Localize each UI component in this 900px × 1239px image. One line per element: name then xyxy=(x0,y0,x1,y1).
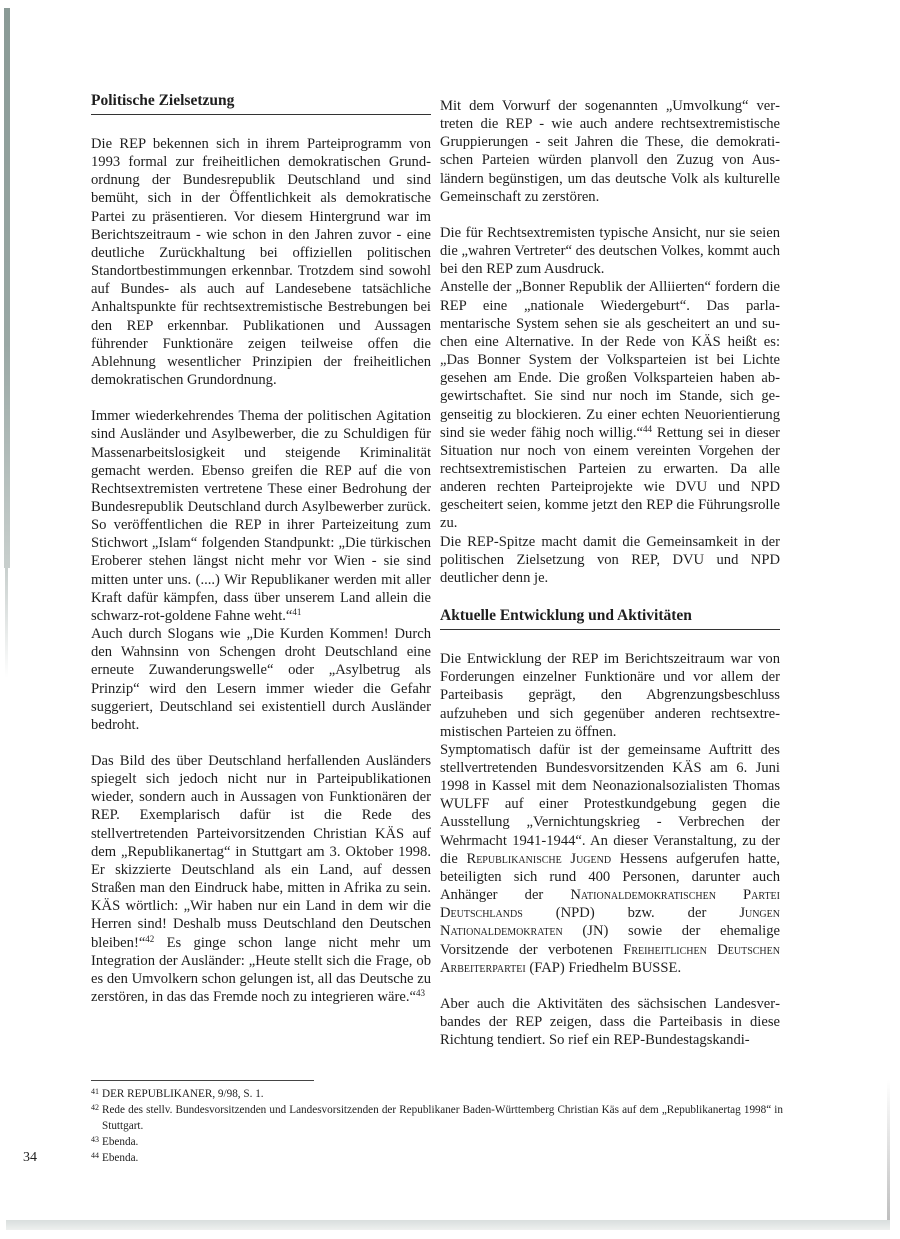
paragraph: Auch durch Slogans wie „Die Kurden Komme… xyxy=(91,625,431,734)
scan-edge-fade xyxy=(5,568,8,678)
paragraph-text: Das Bild des über Deutschland herfallend… xyxy=(91,753,431,951)
footnote-ref[interactable]: 43 xyxy=(416,988,425,998)
footnote-number: 43 xyxy=(91,1132,99,1147)
footnote-item: 43 Ebenda. xyxy=(91,1135,783,1150)
paragraph: Anstelle der „Bonner Republik der Alliie… xyxy=(440,278,780,532)
right-column: Mit dem Vorwurf der sogenannten „Umvolku… xyxy=(440,97,780,1049)
paragraph: Die für Rechtsextremisten typische Ansic… xyxy=(440,224,780,278)
section-heading-politische-zielsetzung: Politische Zielsetzung xyxy=(91,92,431,115)
paragraph: Immer wiederkehrendes Thema der politisc… xyxy=(91,407,431,625)
footnote-item: 42 Rede des stellv. Bundesvorsitzenden u… xyxy=(91,1103,783,1134)
footnote-divider xyxy=(91,1080,314,1081)
footnote-text: DER REPUBLIKANER, 9/98, S. 1. xyxy=(102,1088,264,1100)
paragraph: Symptomatisch dafür ist der gemeinsame A… xyxy=(440,741,780,977)
footnote-text: Ebenda. xyxy=(102,1136,138,1148)
paragraph-text: (FAP) Friedhelm BUSSE. xyxy=(526,960,681,976)
paragraph-gap xyxy=(91,389,431,407)
scan-edge-bar xyxy=(4,8,10,568)
paragraph: Das Bild des über Deutschland herfallend… xyxy=(91,752,431,1006)
paragraph-gap xyxy=(440,206,780,224)
footnote-number: 42 xyxy=(91,1100,99,1115)
scan-bottom-shadow xyxy=(6,1220,890,1230)
paragraph: Die REP bekennen sich in ihrem Parteipro… xyxy=(91,135,431,389)
footnote-ref[interactable]: 42 xyxy=(145,934,154,944)
footnote-number: 44 xyxy=(91,1148,99,1163)
paragraph-text: Symptomatisch dafür ist der gemeinsame A… xyxy=(440,742,780,867)
footnote-ref[interactable]: 41 xyxy=(292,607,301,617)
paragraph-gap xyxy=(91,734,431,752)
paragraph: Mit dem Vorwurf der sogenannten „Umvolku… xyxy=(440,97,780,206)
footnote-item: 41 DER REPUBLIKANER, 9/98, S. 1. xyxy=(91,1087,783,1102)
left-column: Politische Zielsetzung Die REP bekennen … xyxy=(91,92,431,1006)
paragraph-text: (NPD) bzw. der xyxy=(523,905,740,921)
org-name: Republikanische Jugend xyxy=(466,851,611,867)
paragraph-gap xyxy=(440,977,780,995)
footnote-number: 41 xyxy=(91,1084,99,1099)
paragraph-text: Anstelle der „Bonner Republik der Alliie… xyxy=(440,279,780,440)
paragraph: Die Entwicklung der REP im Berichtszeitr… xyxy=(440,650,780,741)
footnotes: 41 DER REPUBLIKANER, 9/98, S. 1. 42 Rede… xyxy=(91,1087,783,1166)
footnote-item: 44 Ebenda. xyxy=(91,1151,783,1166)
paragraph: Die REP-Spitze macht damit die Gemeinsam… xyxy=(440,533,780,587)
paragraph-text: Immer wiederkehrendes Thema der politisc… xyxy=(91,408,431,624)
paragraph: Aber auch die Aktivitäten des sächsische… xyxy=(440,995,780,1049)
footnote-ref[interactable]: 44 xyxy=(643,424,652,434)
page-number: 34 xyxy=(23,1150,37,1166)
footnote-text: Rede des stellv. Bundesvorsitzenden und … xyxy=(102,1104,783,1131)
paragraph-gap xyxy=(440,587,780,607)
section-heading-aktuelle-entwicklung: Aktuelle Entwicklung und Aktivitäten xyxy=(440,607,780,630)
footnote-text: Ebenda. xyxy=(102,1152,138,1164)
scan-right-edge xyxy=(887,1080,890,1220)
